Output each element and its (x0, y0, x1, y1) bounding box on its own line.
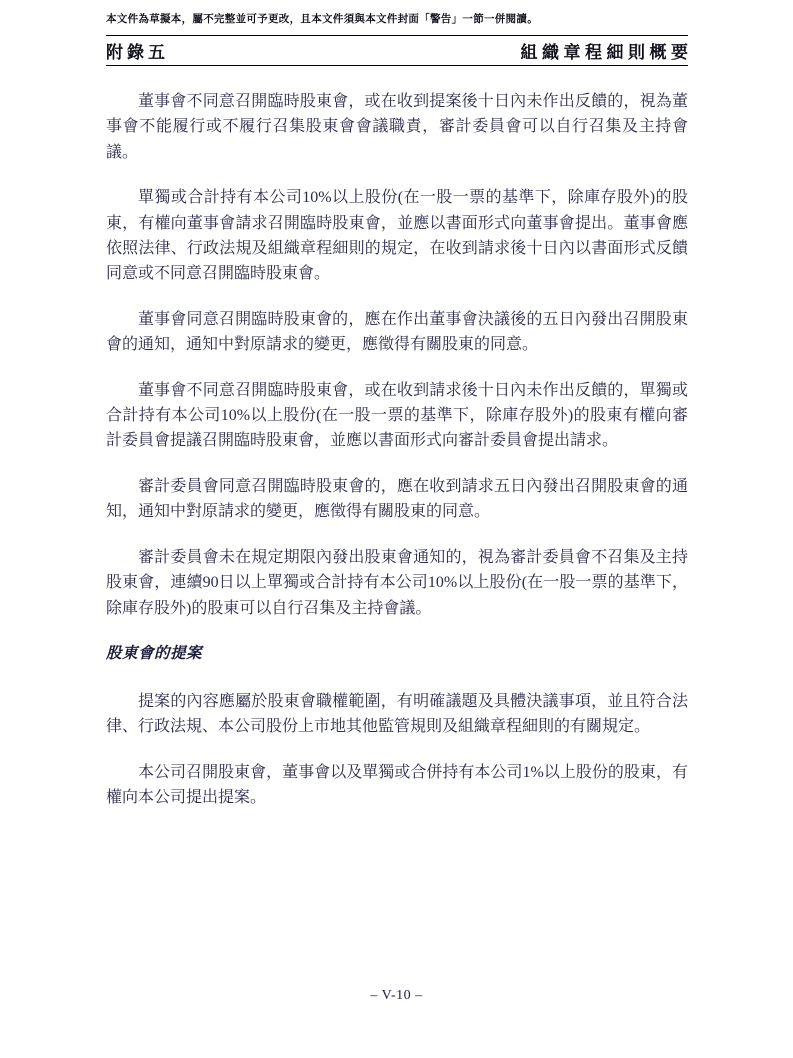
document-page: 本文件為草擬本，屬不完整並可予更改，且本文件須與本文件封面「警告」一節一併閱讀。… (0, 0, 793, 1058)
draft-disclaimer: 本文件為草擬本，屬不完整並可予更改，且本文件須與本文件封面「警告」一節一併閱讀。 (106, 12, 688, 26)
body-paragraph: 董事會同意召開臨時股東會的，應在作出董事會決議後的五日內發出召開股東會的通知，通… (106, 307, 688, 358)
body-paragraph: 董事會不同意召開臨時股東會，或在收到提案後十日內未作出反饋的，視為董事會不能履行… (106, 89, 688, 165)
document-title: 組織章程細則概要 (521, 38, 693, 63)
body-paragraph: 審計委員會同意召開臨時股東會的，應在收到請求五日內發出召開股東會的通知，通知中對… (106, 474, 688, 525)
body-paragraph: 董事會不同意召開臨時股東會，或在收到請求後十日內未作出反饋的，單獨或合計持有本公… (106, 378, 688, 454)
body-paragraph: 提案的內容應屬於股東會職權範圍，有明確議題及具體決議事項，並且符合法律、行政法規… (106, 689, 688, 740)
document-body: 董事會不同意召開臨時股東會，或在收到提案後十日內未作出反饋的，視為董事會不能履行… (106, 66, 688, 811)
body-paragraph: 單獨或合計持有本公司10%以上股份(在一股一票的基準下，除庫存股外)的股東，有權… (106, 185, 688, 287)
appendix-title: 附錄五 (106, 38, 169, 63)
page-number: – V-10 – (0, 988, 793, 1004)
section-heading: 股東會的提案 (106, 641, 688, 663)
body-paragraph: 審計委員會未在規定期限內發出股東會通知的，視為審計委員會不召集及主持股東會，連續… (106, 545, 688, 621)
page-header: 附錄五 組織章程細則概要 (106, 35, 688, 66)
body-paragraph: 本公司召開股東會，董事會以及單獨或合併持有本公司1%以上股份的股東，有權向本公司… (106, 760, 688, 811)
